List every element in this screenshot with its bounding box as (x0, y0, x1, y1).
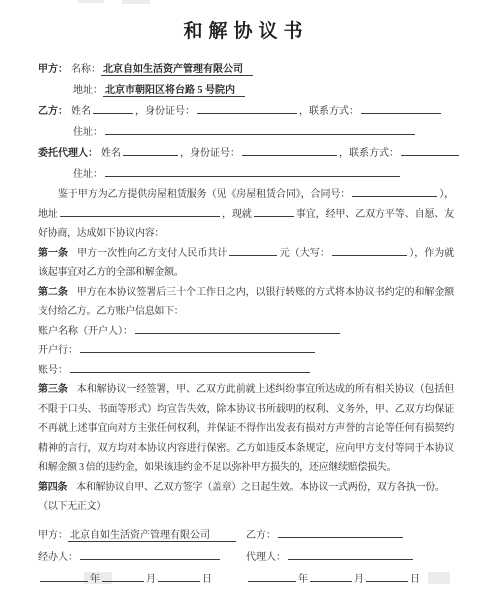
sig-party-b-line: 乙方： (246, 525, 454, 547)
agent-address-label: 住址： (73, 169, 103, 180)
sig-agent-line: 代理人： (246, 547, 454, 569)
agent-contact-blank (401, 145, 459, 156)
party-b-line: 乙方：姓名，身份证号：，联系方式： (38, 101, 454, 122)
article-4-text: 本和解协议自甲、乙双方签字（盖章）之日起生效。本协议一式两份，双方各执一份。 (76, 482, 445, 493)
amount-blank (229, 245, 277, 256)
party-a-name-line: 甲方：名称：北京自如生活资产管理有限公司 (38, 59, 454, 80)
article-1: 第一条甲方一次性向乙方支付人民币共计元（大写：），作为就该起事宜对乙方的全部和解… (38, 244, 454, 283)
agent-name-label: 姓名 (101, 148, 121, 159)
article-2-number: 第二条 (38, 287, 68, 298)
account-name-label: 账户名称（开户人）： (38, 326, 133, 337)
account-number-blank (70, 362, 310, 373)
signature-party-a: 甲方：北京自如生活资产管理有限公司 经办人： 年月日 (38, 525, 246, 589)
agent-id-blank (242, 145, 337, 156)
party-b-contact-blank (361, 103, 441, 114)
month-blank (102, 571, 144, 582)
year-label: 年 (90, 574, 100, 585)
party-b-address-blank (105, 124, 415, 135)
account-number-line: 账号： (38, 361, 454, 381)
party-a-address-value: 北京市朝阳区将台路 5 号院内 (103, 85, 245, 97)
sig-handler-blank (80, 549, 220, 560)
month-blank (310, 571, 352, 582)
year-blank (40, 571, 88, 582)
party-b-name-blank (93, 103, 133, 114)
day-blank (366, 571, 408, 582)
preamble-text-1: 鉴于甲方为乙方提供房屋租赁服务（见《房屋租赁合同》，合同号： (58, 189, 350, 200)
day-label: 日 (410, 574, 420, 585)
closing-note: （以下无正文） (38, 497, 454, 517)
day-blank (158, 571, 200, 582)
party-b-contact-label: ，联系方式： (299, 106, 359, 117)
article-1-text-2: 元（大写： (279, 248, 329, 259)
party-a-label: 甲方： (38, 64, 68, 75)
year-label: 年 (298, 574, 308, 585)
party-a-address-label: 地址： (73, 85, 103, 96)
account-bank-line: 开户行： (38, 341, 454, 361)
agent-address-line: 住址： (38, 164, 454, 185)
party-a-address-line: 地址：北京市朝阳区将台路 5 号院内 (38, 80, 454, 101)
article-4: 第四条本和解协议自甲、乙双方签字（盖章）之日起生效。本协议一式两份，双方各执一份… (38, 478, 454, 498)
matter-blank (254, 206, 294, 217)
account-bank-label: 开户行： (38, 345, 78, 356)
sig-agent-label: 代理人： (246, 552, 286, 563)
article-1-number: 第一条 (38, 248, 68, 259)
party-b-name-label: 姓名 (71, 106, 91, 117)
agent-id-label: ，身份证号： (180, 148, 240, 159)
account-number-label: 账号： (38, 365, 68, 376)
document-title: 和解协议书 (38, 16, 454, 43)
party-b-address-label: 住址： (73, 127, 103, 138)
sig-party-b-blank (278, 527, 403, 538)
account-name-line: 账户名称（开户人）： (38, 322, 454, 342)
month-label: 月 (354, 574, 364, 585)
agent-address-blank (105, 166, 400, 177)
article-3-text: 本和解协议一经签署，甲、乙双方此前就上述纠纷事宜所达成的所有相关协议（包括但不限… (38, 384, 454, 473)
article-4-number: 第四条 (38, 482, 67, 493)
account-name-blank (135, 323, 340, 334)
address-blank (60, 206, 220, 217)
document-page: 和解协议书 甲方：名称：北京自如生活资产管理有限公司 地址：北京市朝阳区将台路 … (0, 0, 482, 589)
signature-party-b: 乙方： 代理人： 年月日 (246, 525, 454, 589)
sig-handler-label: 经办人： (38, 552, 78, 563)
sig-party-b-label: 乙方： (246, 530, 276, 541)
account-bank-blank (80, 342, 315, 353)
article-3-number: 第三条 (38, 384, 68, 395)
sig-party-a-value: 北京自如生活资产管理有限公司 (68, 530, 236, 542)
article-3: 第三条本和解协议一经签署，甲、乙双方此前就上述纠纷事宜所达成的所有相关协议（包括… (38, 380, 454, 478)
amount-words-blank (332, 245, 407, 256)
sig-handler-line: 经办人： (38, 547, 246, 569)
signature-block: 甲方：北京自如生活资产管理有限公司 经办人： 年月日 乙方： 代理人： 年月日 (38, 525, 454, 589)
agent-name-blank (123, 145, 178, 156)
month-label: 月 (146, 574, 156, 585)
agent-line: 委托代理人：姓名，身份证号：，联系方式： (38, 143, 454, 164)
article-1-text-1: 甲方一次性向乙方支付人民币共计 (77, 248, 227, 259)
day-label: 日 (202, 574, 212, 585)
party-b-address-line: 住址： (38, 122, 454, 143)
party-b-id-blank (197, 103, 297, 114)
party-b-label: 乙方： (38, 106, 68, 117)
preamble-paragraph: 鉴于甲方为乙方提供房屋租赁服务（见《房屋租赁合同》，合同号：），地址，现就事宜，… (38, 185, 454, 244)
sig-party-a-label: 甲方： (38, 530, 68, 541)
party-b-id-label: ，身份证号： (135, 106, 195, 117)
article-2: 第二条甲方在本协议签署后三十个工作日之内，以银行转账的方式将本协议书约定的和解金… (38, 283, 454, 322)
sig-agent-blank (288, 549, 413, 560)
contract-number-blank (352, 186, 437, 197)
year-blank (248, 571, 296, 582)
party-a-name-label: 名称： (71, 64, 101, 75)
article-2-text: 甲方在本协议签署后三十个工作日之内，以银行转账的方式将本协议书约定的和解金额支付… (38, 287, 454, 318)
preamble-text-3: ，现就 (222, 209, 252, 220)
sig-date-line-a: 年月日 (38, 569, 246, 589)
agent-label: 委托代理人： (38, 148, 98, 159)
agent-contact-label: ，联系方式： (339, 148, 399, 159)
party-a-name-value: 北京自如生活资产管理有限公司 (101, 64, 253, 76)
sig-date-line-b: 年月日 (246, 569, 454, 589)
sig-party-a-line: 甲方：北京自如生活资产管理有限公司 (38, 525, 246, 547)
